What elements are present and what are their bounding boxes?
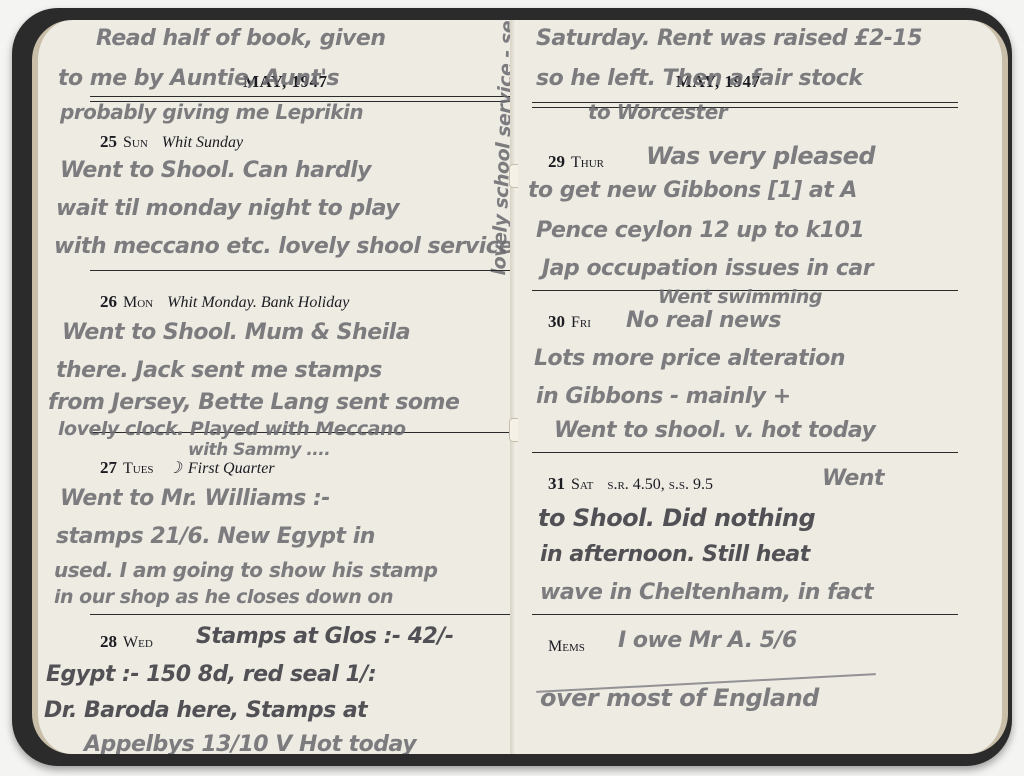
day-weekday: Wed (123, 634, 153, 651)
handwriting-line: Went to Mr. Williams :- (60, 486, 330, 511)
handwriting-line: with meccano etc. lovely shool service (54, 234, 513, 259)
handwriting-line: Went swimming (658, 286, 822, 308)
day-number: 25 (100, 132, 117, 151)
day-weekday: Sun (123, 134, 148, 151)
handwriting-line: I owe Mr A. 5/6 (618, 628, 797, 653)
handwriting-line: Stamps at Glos :- 42/- (196, 624, 454, 649)
day-weekday: Tues (123, 460, 154, 477)
handwriting-line: wave in Cheltenham, in fact (540, 580, 873, 605)
day-number: 31 (548, 474, 565, 493)
handwriting-line: Was very pleased (646, 142, 875, 170)
handwriting-line: used. I am going to show his stamp (54, 558, 437, 582)
day-number: 27 (100, 458, 117, 477)
handwriting-line: Appelbys 13/10 V Hot today (84, 732, 416, 754)
day-weekday: Thur (571, 154, 604, 171)
day-weekday: Sat (571, 476, 593, 493)
day-divider (90, 270, 510, 271)
handwriting-line: in our shop as he closes down on (54, 586, 393, 608)
day-weekday: Fri (571, 314, 591, 331)
handwriting-line: stamps 21/6. New Egypt in (56, 524, 375, 549)
day-divider (90, 614, 510, 615)
day-printed-note: Whit Monday. Bank Holiday (167, 294, 349, 311)
day-label-25: 25SunWhit Sunday (100, 132, 243, 152)
day-weekday: Mon (123, 294, 153, 311)
handwriting-line: Jap occupation issues in car (542, 256, 873, 281)
handwriting-line: Dr. Baroda here, Stamps at (44, 698, 367, 723)
day-printed-note: Whit Sunday (162, 134, 243, 151)
day-divider (532, 452, 958, 453)
handwriting-line: Lots more price alteration (534, 346, 845, 371)
handwriting-line: from Jersey, Bette Lang sent some (48, 390, 459, 415)
handwriting-line: Read half of book, given (96, 26, 385, 51)
handwriting-line: Went to Shool. Can hardly (60, 158, 371, 183)
day-number: 30 (548, 312, 565, 331)
day-printed-note: First Quarter (188, 460, 275, 477)
handwriting-line: to me by Auntie, Aunt's (58, 66, 339, 91)
day-label-27: 27Tues☽First Quarter (100, 458, 275, 478)
handwriting-line: there. Jack sent me stamps (56, 358, 382, 383)
handwriting-line: lovely clock. Played with Meccano (58, 418, 406, 440)
handwriting-line: Went to Shool. Mum & Sheila (62, 320, 410, 345)
handwriting-line: Saturday. Rent was raised £2-15 (536, 26, 922, 51)
day-number: 26 (100, 292, 117, 311)
handwriting-line: Pence ceylon 12 up to k101 (536, 218, 864, 243)
handwriting-line: with Sammy .... (188, 440, 330, 460)
day-divider (532, 614, 958, 615)
moon-phase-icon: ☽ (168, 460, 182, 477)
day-label-30: 30Fri (548, 312, 591, 332)
handwriting-line: Went (822, 466, 884, 491)
day-label-28: 28Wed (100, 632, 153, 652)
handwriting-line: wait til monday night to play (56, 196, 399, 221)
handwriting-line: to get new Gibbons [1] at A (528, 178, 857, 203)
handwriting-line: over most of England (540, 684, 819, 712)
handwriting-line: to Shool. Did nothing (538, 504, 815, 532)
day-label-26: 26MonWhit Monday. Bank Holiday (100, 292, 349, 312)
handwriting-line: in afternoon. Still heat (540, 542, 810, 567)
handwriting-line: so he left. Then a fair stock (536, 66, 862, 91)
day-label-29: 29Thur (548, 152, 604, 172)
right-page: Saturday. Rent was raised £2-15 MAY, 194… (518, 20, 1008, 754)
sunrise-sunset-note: s.r. 4.50, s.s. 9.5 (607, 476, 713, 493)
handwriting-line: in Gibbons - mainly + (536, 384, 791, 409)
mems-label: Mems (548, 638, 585, 656)
handwriting-line: Went to shool. v. hot today (554, 418, 875, 443)
handwriting-line: probably giving me Leprikin (60, 100, 363, 124)
handwriting-line: No real news (626, 308, 781, 333)
handwriting-line: Egypt :- 150 8d, red seal 1/: (46, 662, 376, 687)
handwriting-line: to Worcester (588, 100, 727, 124)
day-number: 28 (100, 632, 117, 651)
left-page: Read half of book, given MAY, 1947 to me… (32, 20, 522, 754)
day-label-31: 31Sats.r. 4.50, s.s. 9.5 (548, 474, 713, 494)
day-number: 29 (548, 152, 565, 171)
